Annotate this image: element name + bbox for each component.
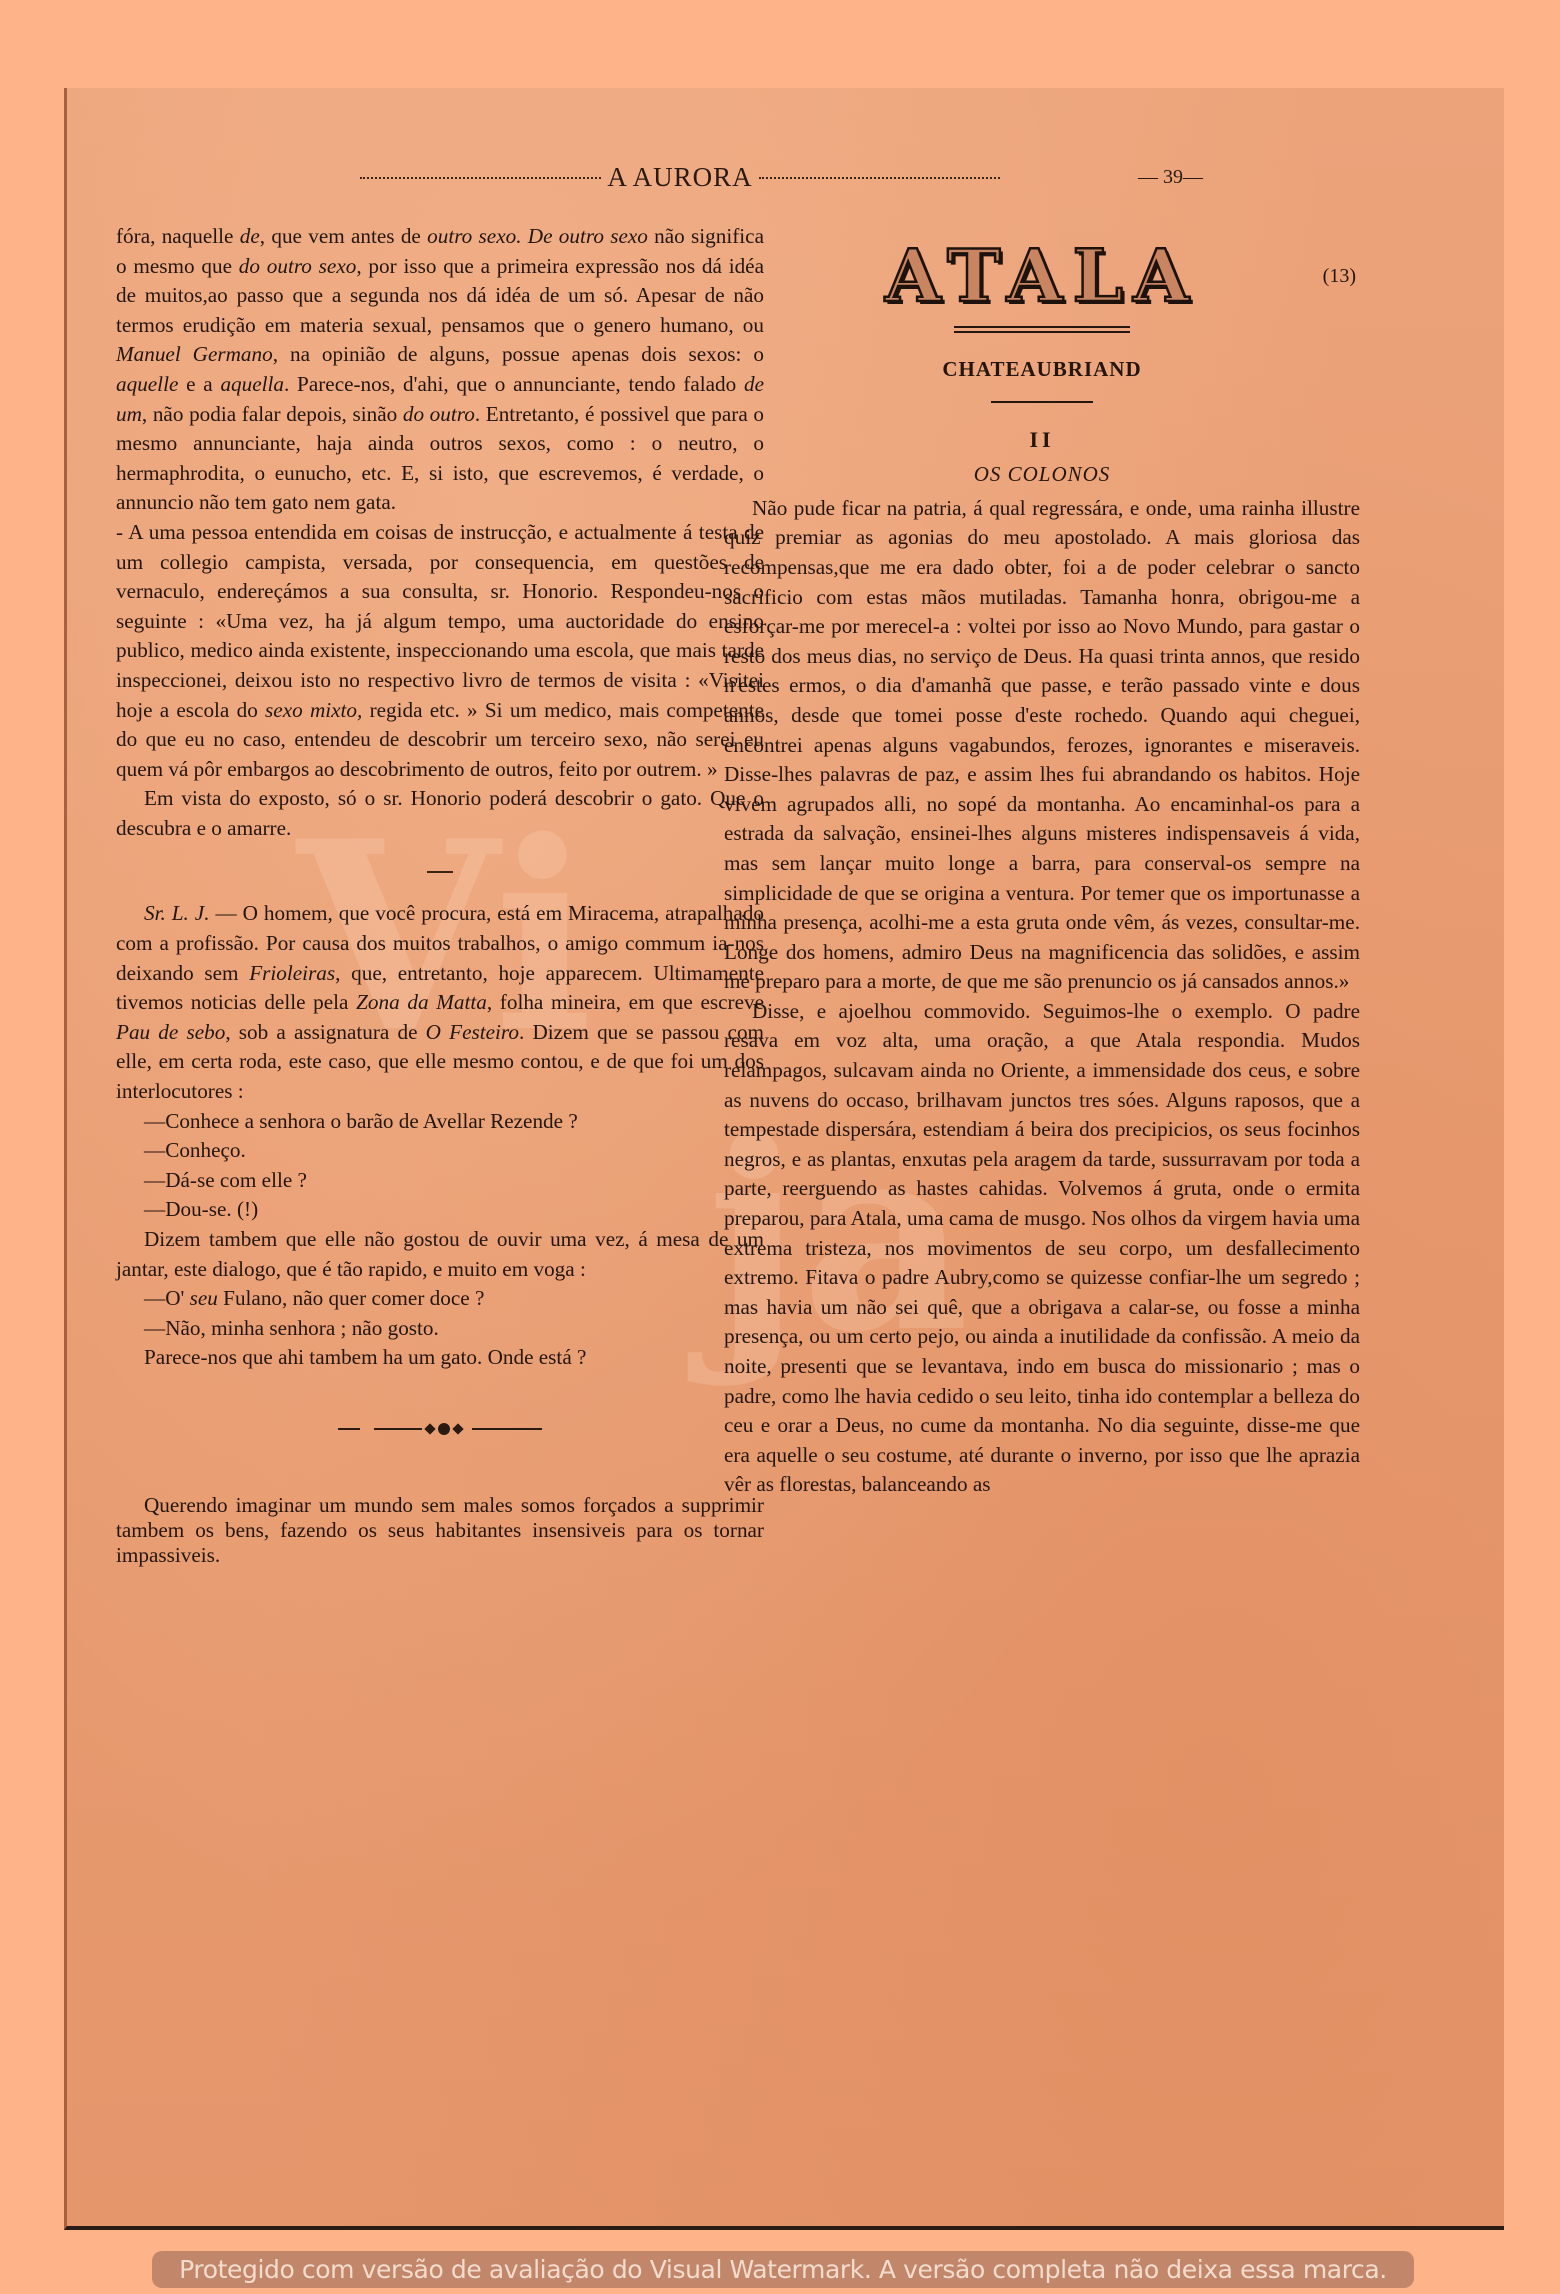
italic-text: outro sexo. — [427, 224, 521, 248]
text-run: Em vista do exposto, só o sr. Honorio po… — [116, 786, 764, 840]
header-rule-right — [759, 177, 1000, 179]
right-column: ATALA (13) CHATEAUBRIAND II OS COLONOS N… — [724, 236, 1360, 1500]
page-number: — 39— — [1138, 166, 1203, 189]
italic-text: do outro — [403, 402, 475, 426]
dialog-block: —Conhece a senhora o barão de Avellar Re… — [116, 1107, 764, 1225]
text-run: , que vem antes de — [260, 224, 427, 248]
text-run: , não podia falar depois, sinão — [142, 402, 403, 426]
serial-title: ATALA (13) — [724, 236, 1360, 316]
dialog-block: —O' seu Fulano, não quer comer doce ?—Nã… — [116, 1284, 764, 1343]
header-rule-left — [360, 177, 601, 179]
dialog-line: —Não, minha senhora ; não gosto. — [116, 1314, 764, 1344]
left-column-paragraphs: fóra, naquelle de, que vem antes de outr… — [116, 222, 764, 843]
italic-text: seu — [190, 1286, 218, 1310]
running-header: A AURORA — [360, 162, 1000, 193]
maxim-paragraph: Querendo imaginar um mundo sem males som… — [116, 1493, 764, 1568]
serial-title-text: ATALA — [885, 233, 1199, 318]
text-run: Fulano, não quer comer doce ? — [218, 1286, 485, 1310]
closing-paragraph: Parece-nos que ahi tambem ha um gato. On… — [116, 1343, 764, 1373]
text-run: , sob a assignatura de — [225, 1020, 425, 1044]
text-run: —Não, minha senhora ; não gosto. — [144, 1316, 439, 1340]
italic-text: Pau de sebo — [116, 1020, 225, 1044]
chapter-title: OS COLONOS — [724, 460, 1360, 490]
title-double-rule — [954, 326, 1130, 333]
paragraph: Em vista do exposto, só o sr. Honorio po… — [116, 784, 764, 843]
italic-text: Frioleiras — [249, 961, 335, 985]
dialog-line: —Conhece a senhora o barão de Avellar Re… — [116, 1107, 764, 1137]
italic-text: O Festeiro — [426, 1020, 519, 1044]
text-run: —O' — [144, 1286, 190, 1310]
paragraph: fóra, naquelle de, que vem antes de outr… — [116, 222, 764, 518]
author-rule — [991, 401, 1093, 403]
text-run: . Parece-nos, d'ahi, que o annunciante, … — [284, 372, 744, 396]
dialog-line: —Dá-se com elle ? — [116, 1166, 764, 1196]
dialog-line: —Conheço. — [116, 1136, 764, 1166]
italic-text: aquella — [220, 372, 284, 396]
text-run: fóra, naquelle — [116, 224, 240, 248]
italic-text: sexo mixto, — [265, 698, 362, 722]
dialog-line: —O' seu Fulano, não quer comer doce ? — [116, 1284, 764, 1314]
italic-text: Zona da Matta — [356, 990, 487, 1014]
italic-text: do outro sexo — [239, 254, 357, 278]
dialog-line: —Dou-se. (!) — [116, 1195, 764, 1225]
left-column: fóra, naquelle de, que vem antes de outr… — [116, 222, 764, 1568]
body-paragraph: Não pude ficar na patria, á qual regress… — [724, 494, 1360, 997]
italic-text: Manuel Germano — [116, 342, 273, 366]
paragraph: Dizem tambem que elle não gostou de ouvi… — [116, 1225, 764, 1284]
italic-text: Sr. L. J. — [144, 901, 210, 925]
paragraph: - A uma pessoa entendida em coisas de in… — [116, 518, 764, 784]
italic-text: De outro sexo — [528, 224, 648, 248]
text-run: - A uma pessoa entendida em coisas de in… — [116, 520, 764, 722]
author-name: CHATEAUBRIAND — [724, 355, 1360, 385]
running-title: A AURORA — [607, 162, 752, 193]
section-separator — [427, 871, 453, 873]
body-paragraph: Disse, e ajoelhou commovido. Seguimos-lh… — [724, 997, 1360, 1500]
installment-number: (13) — [1323, 236, 1356, 316]
ornamental-divider — [116, 1423, 764, 1435]
text-run: , na opinião de alguns, possue apenas do… — [273, 342, 764, 366]
text-run: , folha mineira, em que escreve — [487, 990, 764, 1014]
chapter-number: II — [724, 425, 1360, 455]
reply-paragraph: Sr. L. J. — O homem, que você procura, e… — [116, 899, 764, 1106]
italic-text: de — [240, 224, 260, 248]
text-run: e a — [178, 372, 220, 396]
watermark-notice-bar: Protegido com versão de avaliação do Vis… — [152, 2251, 1414, 2288]
italic-text: aquelle — [116, 372, 178, 396]
